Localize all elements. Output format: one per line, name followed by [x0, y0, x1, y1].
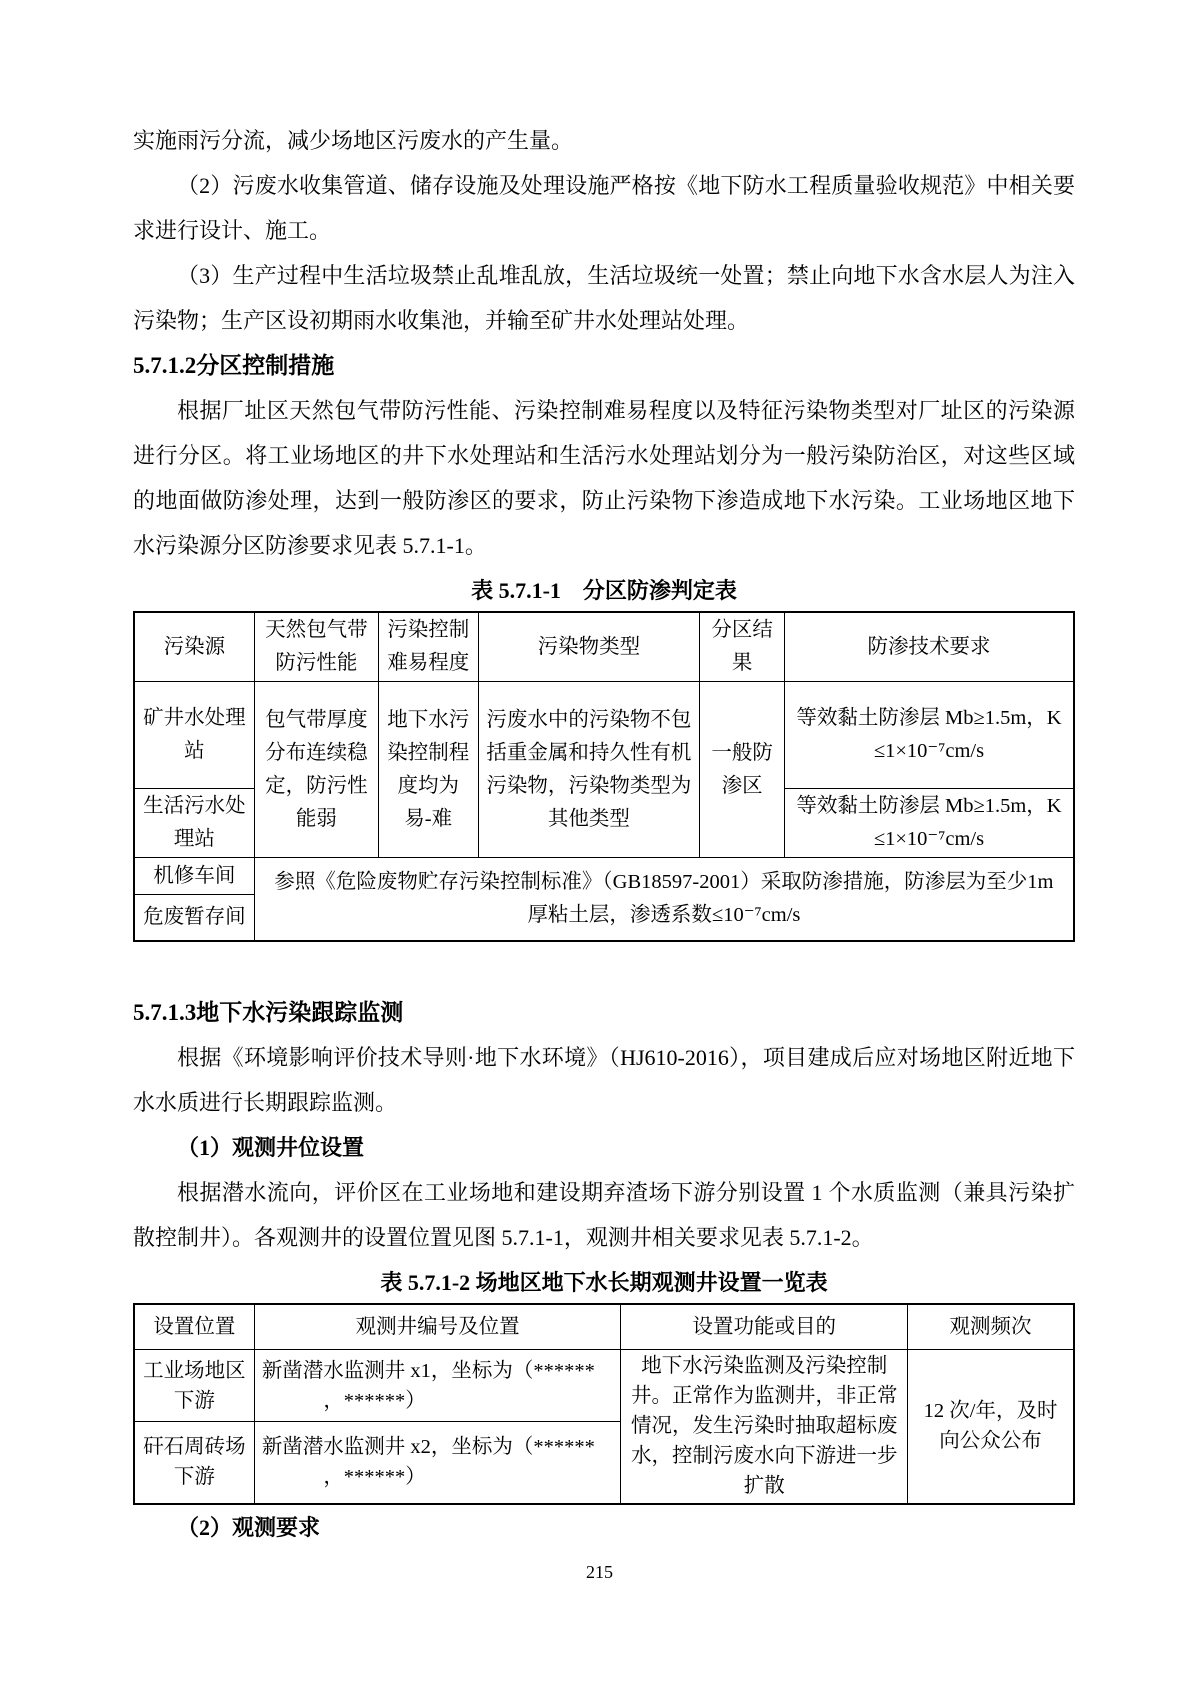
table2-cell-frequency: 12 次/年，及时向公众公布: [908, 1350, 1074, 1504]
table2-header-location: 设置位置: [134, 1304, 254, 1350]
table2-cell-purpose: 地下水污染监测及污染控制井。正常作为监测井，非正常情况，发生污染时抽取超标废水，…: [621, 1350, 908, 1504]
table2-header-well-id: 观测井编号及位置: [254, 1304, 621, 1350]
paragraph-item-2: （2）污废水收集管道、储存设施及处理设施严格按《地下防水工程质量验收规范》中相关…: [133, 163, 1075, 253]
well-x1-line2: ，******）: [262, 1386, 614, 1416]
table2-row-industrial-site: 工业场地区下游 新凿潜水监测井 x1，坐标为（****** ，******） 地…: [134, 1350, 1074, 1422]
table1-cell-repair-shop: 机修车间: [134, 858, 254, 895]
heading-5-7-1-2: 5.7.1.2分区控制措施: [133, 343, 1075, 388]
table2-header-frequency: 观测频次: [908, 1304, 1074, 1350]
table1-header-tech-requirement: 防渗技术要求: [784, 612, 1074, 682]
table2-title: 表 5.7.1-2 场地区地下水长期观测井设置一览表: [133, 1266, 1075, 1299]
table1-cell-vadose-zone: 包气带厚度分布连续稳定，防污性能弱: [254, 682, 378, 858]
table1-cell-mine-water-station: 矿井水处理站: [134, 682, 254, 789]
table1-header-pollution-source: 污染源: [134, 612, 254, 682]
heading-5-7-1-3: 5.7.1.3地下水污染跟踪监测: [133, 990, 1075, 1035]
table1-row-repair-shop: 机修车间 参照《危险废物贮存污染控制标准》（GB18597-2001）采取防渗措…: [134, 858, 1074, 895]
well-x2-line1: 新凿潜水监测井 x2，坐标为（******: [262, 1432, 614, 1462]
table1-cell-hazard-requirement: 参照《危险废物贮存污染控制标准》（GB18597-2001）采取防渗措施，防渗层…: [254, 858, 1074, 941]
table1-header-pollutant-type: 污染物类型: [478, 612, 700, 682]
table1-cell-zone-result: 一般防渗区: [700, 682, 785, 858]
table1-row-mine-water: 矿井水处理站 包气带厚度分布连续稳定，防污性能弱 地下水污染控制程度均为易-难 …: [134, 682, 1074, 789]
table1-header-vadose-zone: 天然包气带防污性能: [254, 612, 378, 682]
paragraph-zoning: 根据厂址区天然包气带防污性能、污染控制难易程度以及特征污染物类型对厂址区的污染源…: [133, 388, 1075, 568]
page-content: 实施雨污分流，减少场地区污废水的产生量。 （2）污废水收集管道、储存设施及处理设…: [133, 118, 1075, 1550]
well-x1-line1: 新凿潜水监测井 x1，坐标为（******: [262, 1356, 614, 1386]
table-seepage-zoning: 污染源 天然包气带防污性能 污染控制难易程度 污染物类型 分区结果 防渗技术要求…: [133, 611, 1075, 942]
table2-cell-location-industrial: 工业场地区下游: [134, 1350, 254, 1422]
table1-cell-pollutant-type: 污废水中的污染物不包括重金属和持久性有机污染物，污染物类型为其他类型: [478, 682, 700, 858]
table1-cell-sewage-station: 生活污水处理站: [134, 789, 254, 858]
table1-cell-hazardous-waste-room: 危废暂存间: [134, 895, 254, 941]
table1-cell-tech-req-1: 等效黏土防渗层 Mb≥1.5m，K≤1×10⁻⁷cm/s: [784, 682, 1074, 789]
page-number: 215: [0, 1560, 1199, 1584]
table2-cell-well-x2: 新凿潜水监测井 x2，坐标为（****** ，******）: [254, 1422, 621, 1504]
document-page: 实施雨污分流，减少场地区污废水的产生量。 （2）污废水收集管道、储存设施及处理设…: [0, 0, 1199, 1696]
subheading-well-placement: （1）观测井位设置: [133, 1125, 1075, 1170]
table2-header-row: 设置位置 观测井编号及位置 设置功能或目的 观测频次: [134, 1304, 1074, 1350]
table1-header-row: 污染源 天然包气带防污性能 污染控制难易程度 污染物类型 分区结果 防渗技术要求: [134, 612, 1074, 682]
paragraph-well-placement: 根据潜水流向，评价区在工业场地和建设期弃渣场下游分别设置 1 个水质监测（兼具污…: [133, 1170, 1075, 1260]
table1-cell-pollution-control: 地下水污染控制程度均为易-难: [378, 682, 478, 858]
table2-cell-location-gangue: 矸石周砖场下游: [134, 1422, 254, 1504]
table1-header-control-difficulty: 污染控制难易程度: [378, 612, 478, 682]
paragraph-monitoring-basis: 根据《环境影响评价技术导则·地下水环境》（HJ610-2016），项目建成后应对…: [133, 1035, 1075, 1125]
table-observation-wells: 设置位置 观测井编号及位置 设置功能或目的 观测频次 工业场地区下游 新凿潜水监…: [133, 1303, 1075, 1505]
table1-cell-tech-req-2: 等效黏土防渗层 Mb≥1.5m，K≤1×10⁻⁷cm/s: [784, 789, 1074, 858]
well-x2-line2: ，******）: [262, 1462, 614, 1492]
subheading-observation-requirements: （2）观测要求: [133, 1505, 1075, 1550]
paragraph-item-3: （3）生产过程中生活垃圾禁止乱堆乱放，生活垃圾统一处置；禁止向地下水含水层人为注…: [133, 253, 1075, 343]
table2-cell-well-x1: 新凿潜水监测井 x1，坐标为（****** ，******）: [254, 1350, 621, 1422]
table1-title: 表 5.7.1-1 分区防渗判定表: [133, 574, 1075, 607]
paragraph-rain-sewage: 实施雨污分流，减少场地区污废水的产生量。: [133, 118, 1075, 163]
table2-header-purpose: 设置功能或目的: [621, 1304, 908, 1350]
table1-header-zone-result: 分区结果: [700, 612, 785, 682]
